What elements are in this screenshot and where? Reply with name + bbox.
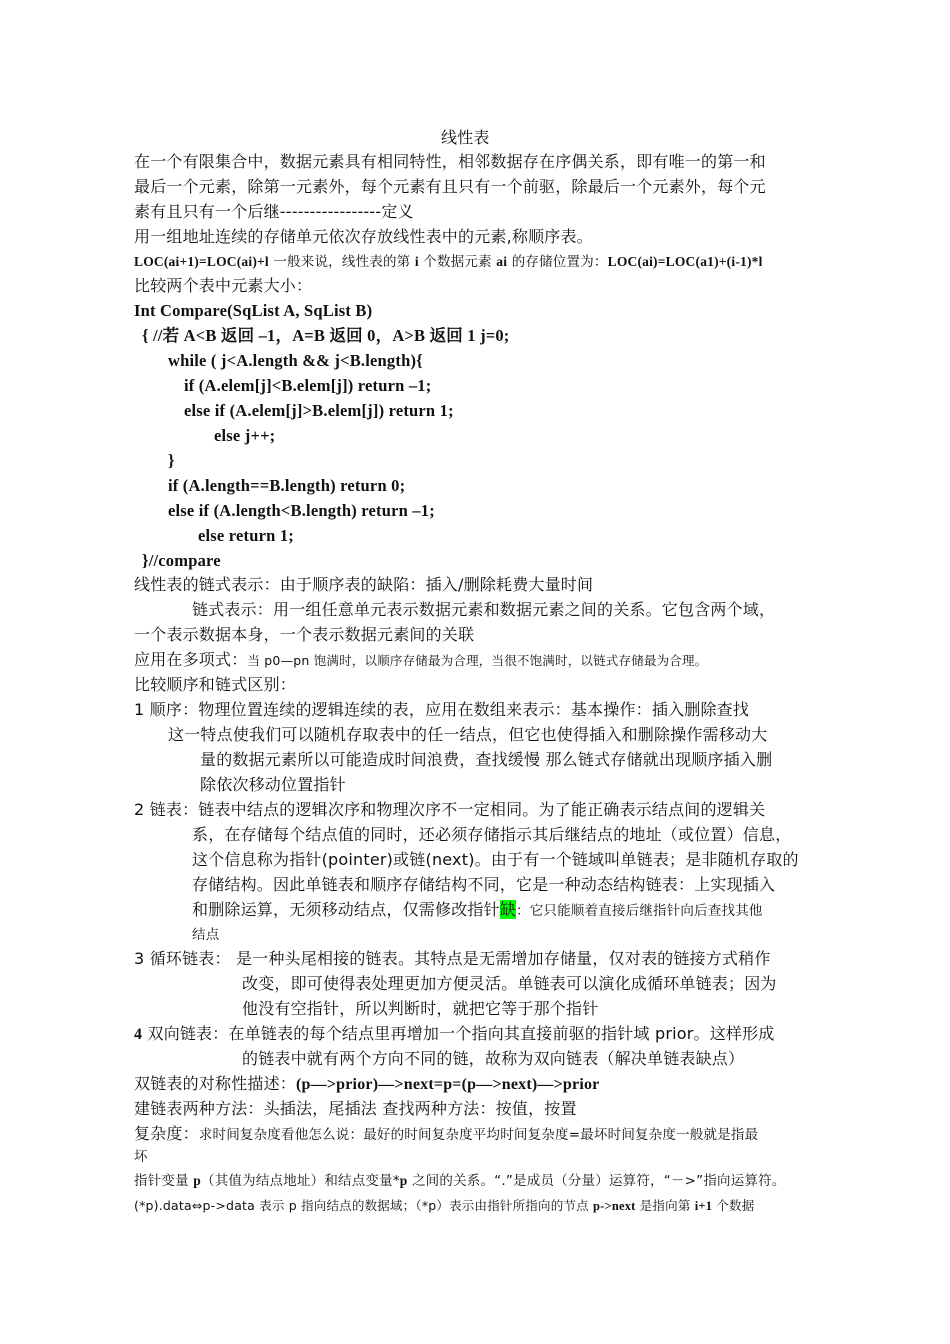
loc-formula: LOC(ai+1)=LOC(ai)+l 一般来说，线性表的第 i 个数据元素 a… bbox=[134, 252, 763, 272]
pointer-text: 指针变量 bbox=[134, 1173, 193, 1189]
difference-heading: 比较顺序和链式区别： bbox=[134, 675, 296, 695]
methods-line: 建链表两种方法：头插法，尾插法 查找两种方法：按值，按置 bbox=[134, 1099, 577, 1119]
item2-line: 2 链表：链表中结点的逻辑次序和物理次序不一定相同。为了能正确表示结点间的逻辑关 bbox=[134, 800, 765, 820]
compare-heading: 比较两个表中元素大小： bbox=[134, 276, 312, 296]
data-field-text: 是指向第 bbox=[636, 1198, 695, 1213]
item2-text: 和删除运算，无须移动结点，仅需修改指针 bbox=[192, 900, 500, 919]
item4-number: 4 bbox=[134, 1026, 142, 1043]
code-line: if (A.elem[j]<B.elem[j]) return –1; bbox=[184, 376, 431, 396]
code-line: else j++; bbox=[214, 426, 275, 446]
loc-formula-part: LOC(ai)=LOC(a1)+(i-1)*l bbox=[608, 254, 763, 269]
data-field-line: (*p).data⇔p->data 表示 p 指向结点的数据域；（*p）表示由指… bbox=[134, 1196, 754, 1216]
item3-line: 他没有空指针，所以判断时，就把它等于那个指针 bbox=[242, 999, 598, 1019]
polynomial-label: 应用在多项式： bbox=[134, 650, 247, 669]
document-title: 线性表 bbox=[441, 128, 490, 148]
code-line: if (A.length==B.length) return 0; bbox=[168, 476, 405, 496]
item4-text: 在单链表的每个结点里再增加一个指向其直接前驱的指针域 prior。这样形成 bbox=[229, 1024, 775, 1043]
definition-line-1: 在一个有限集合中，数据元素具有相同特性，相邻数据存在序偶关系，即有唯一的第一和 bbox=[134, 152, 766, 172]
pointer-text: （其值为结点地址）和结点变量* bbox=[201, 1173, 400, 1189]
loc-formula-part: 的存储位置为： bbox=[507, 254, 607, 270]
symmetry-line: 双链表的对称性描述：(p—>prior)—>next=p=(p—>next)—>… bbox=[134, 1074, 599, 1095]
definition-line-3: 素有且只有一个后继-----------------定义 bbox=[134, 202, 414, 222]
item1-line: 量的数据元素所以可能造成时间浪费，查找缓慢 那么链式存储就出现顺序插入删 bbox=[200, 750, 772, 770]
code-line: else if (A.length<B.length) return –1; bbox=[168, 501, 435, 521]
data-field-text: (*p).data⇔p->data 表示 p 指向结点的数据域；（*p）表示由指… bbox=[134, 1198, 593, 1213]
pointer-relation-line: 指针变量 p（其值为结点地址）和结点变量*p 之间的关系。“.”是成员（分量）运… bbox=[134, 1171, 786, 1191]
symmetry-label: 双链表的对称性描述： bbox=[134, 1074, 296, 1093]
symmetry-formula: (p—>prior)—>next=p=(p—>next)—>prior bbox=[296, 1076, 599, 1093]
definition-line-2: 最后一个元素，除第一元素外，每个元素有且只有一个前驱，除最后一个元素外，每个元 bbox=[134, 177, 766, 197]
loc-formula-part: 一般来说，线性表的第 bbox=[269, 254, 415, 270]
linked-representation: 线性表的链式表示：由于顺序表的缺陷：插入/删除耗费大量时间 bbox=[134, 575, 593, 595]
document-page: 线性表 在一个有限集合中，数据元素具有相同特性，相邻数据存在序偶关系，即有唯一的… bbox=[0, 0, 950, 1344]
item1-line: 除依次移动位置指针 bbox=[200, 775, 346, 795]
complexity-line-2: 坏 bbox=[134, 1147, 148, 1167]
linked-definition-2: 一个表示数据本身，一个表示数据元素间的关联 bbox=[134, 625, 474, 645]
item1-line: 这一特点使我们可以随机存取表中的任一结点，但它也使得插入和删除操作需移动大 bbox=[168, 725, 767, 745]
code-line: else if (A.elem[j]>B.elem[j]) return 1; bbox=[184, 401, 454, 421]
code-line: else return 1; bbox=[198, 526, 294, 546]
data-field-text: 个数据 bbox=[712, 1198, 754, 1213]
loc-formula-part: 个数据元素 bbox=[419, 254, 496, 270]
sequential-list-definition: 用一组地址连续的存储单元依次存放线性表中的元素,称顺序表。 bbox=[134, 227, 593, 247]
polynomial-text: 当 p0—pn 饱满时，以顺序存储最为合理，当很不饱满时，以链式存储最为合理。 bbox=[247, 653, 707, 668]
code-line: } bbox=[168, 451, 175, 471]
item4-line: 的链表中就有两个方向不同的链，故称为双向链表（解决单链表缺点） bbox=[242, 1049, 744, 1069]
data-field-code: i+1 bbox=[695, 1199, 712, 1213]
item2-line: 系，在存储每个结点值的同时，还必须存储指示其后继结点的地址（或位置）信息， bbox=[192, 825, 791, 845]
pointer-var: p bbox=[193, 1173, 201, 1188]
pointer-text: 之间的关系。“.”是成员（分量）运算符，“－>”指向运算符。 bbox=[407, 1173, 785, 1189]
item3-line: 3 循环链表： 是一种头尾相接的链表。其特点是无需增加存储量，仅对表的链接方式稍… bbox=[134, 949, 771, 969]
data-field-code: p->next bbox=[593, 1199, 636, 1213]
complexity-line: 复杂度：求时间复杂度看他怎么说：最好的时间复杂度平均时间复杂度=最坏时间复杂度一… bbox=[134, 1124, 758, 1145]
item3-line: 改变，即可使得表处理更加方便灵活。单链表可以演化成循环单链表；因为 bbox=[242, 974, 777, 994]
linked-definition-1: 链式表示：用一组任意单元表示数据元素和数据元素之间的关系。它包含两个域， bbox=[192, 600, 775, 620]
highlighted-text: 缺 bbox=[500, 900, 516, 919]
code-line: }//compare bbox=[142, 551, 221, 571]
item2-line: 存储结构。因此单链表和顺序存储结构不同，它是一种动态结构链表：上实现插入 bbox=[192, 875, 775, 895]
item2-line: 这个信息称为指针(pointer)或链(next)。由于有一个链域叫单链表；是非… bbox=[192, 850, 799, 870]
loc-formula-part: ai bbox=[496, 254, 507, 269]
polynomial-application: 应用在多项式：当 p0—pn 饱满时，以顺序存储最为合理，当很不饱满时，以链式存… bbox=[134, 650, 707, 671]
item2-line: 和删除运算，无须移动结点，仅需修改指针缺：它只能顺着直接后继指针向后查找其他 bbox=[192, 900, 763, 921]
code-line: Int Compare(SqList A, SqList B) bbox=[134, 301, 372, 321]
loc-formula-part: LOC(ai+1)=LOC(ai)+l bbox=[134, 254, 269, 269]
item2-line: 结点 bbox=[192, 925, 219, 945]
complexity-label: 复杂度： bbox=[134, 1124, 199, 1143]
item4-label: 双向链表： bbox=[142, 1024, 228, 1043]
item1-line: 1 顺序：物理位置连续的逻辑连续的表，应用在数组来表示：基本操作：插入删除查找 bbox=[134, 700, 749, 720]
code-line: { //若 A<B 返回 –1，A=B 返回 0，A>B 返回 1 j=0; bbox=[142, 326, 510, 346]
item4-line: 4 双向链表：在单链表的每个结点里再增加一个指向其直接前驱的指针域 prior。… bbox=[134, 1024, 775, 1045]
item2-text: ：它只能顺着直接后继指针向后查找其他 bbox=[516, 903, 763, 919]
complexity-text: 求时间复杂度看他怎么说：最好的时间复杂度平均时间复杂度=最坏时间复杂度一般就是指… bbox=[199, 1127, 759, 1143]
code-line: while ( j<A.length && j<B.length){ bbox=[168, 351, 423, 371]
